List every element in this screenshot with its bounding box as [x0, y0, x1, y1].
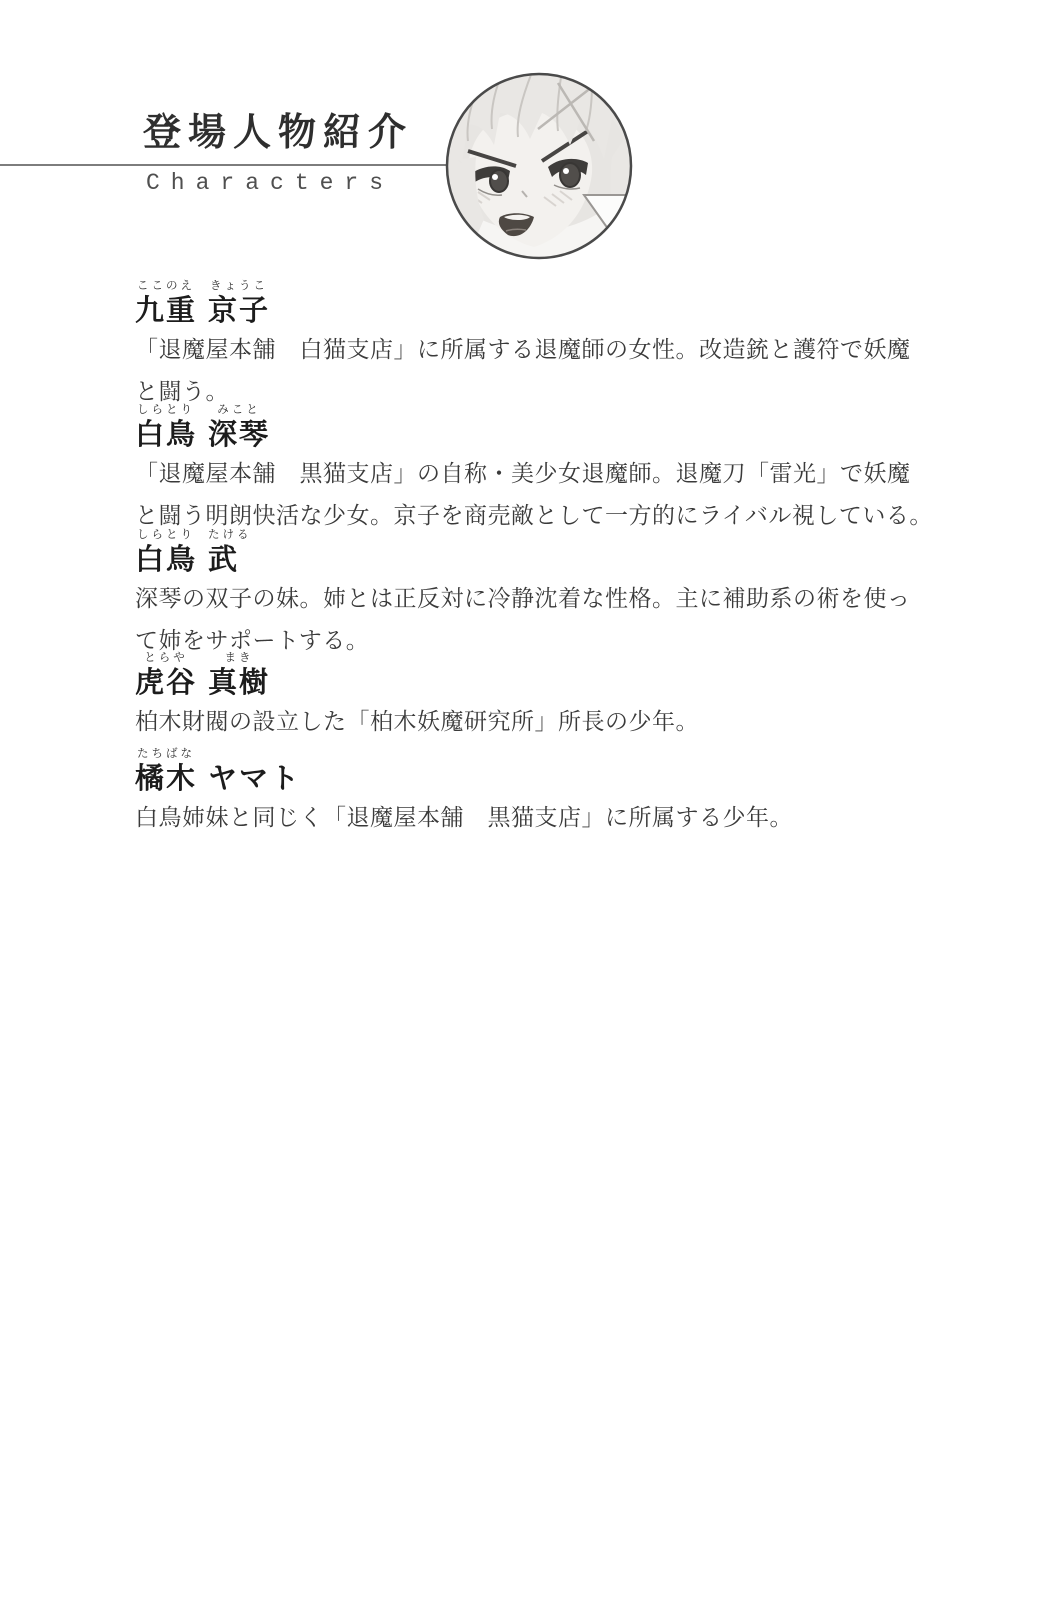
- name-base: 虎谷: [135, 666, 197, 700]
- character-portrait-image: [442, 69, 636, 263]
- name-base: 深琴: [208, 418, 270, 452]
- character-description: 柏木財閥の設立した「柏木妖魔研究所」所長の少年。: [135, 700, 1025, 742]
- furigana: しらとり: [135, 527, 197, 543]
- character-name: たちばな 橘木 ヤマト: [135, 746, 1025, 796]
- description-line: 白鳥姉妹と同じく「退魔屋本舗 黒猫支店」に所属する少年。: [135, 796, 1025, 838]
- name-base: 白鳥: [135, 543, 197, 577]
- character-description: 「退魔屋本舗 黒猫支店」の自称・美少女退魔師。退魔刀「雷光」で妖魔 と闘う明朗快…: [135, 452, 1025, 536]
- character-name: とらや 虎谷 まき 真樹: [135, 650, 1025, 700]
- page-title: 登場人物紹介: [143, 110, 413, 156]
- name-part: きょうこ 京子: [208, 278, 270, 328]
- description-line: 「退魔屋本舗 黒猫支店」の自称・美少女退魔師。退魔刀「雷光」で妖魔: [135, 452, 1025, 494]
- name-base: ヤマト: [208, 762, 301, 796]
- name-base: 白鳥: [135, 418, 197, 452]
- furigana: まき: [208, 650, 270, 666]
- character-entry: しらとり 白鳥 みこと 深琴 「退魔屋本舗 黒猫支店」の自称・美少女退魔師。退魔…: [135, 402, 1025, 536]
- name-base: 橘木: [135, 762, 197, 796]
- furigana: ここのえ: [135, 278, 197, 294]
- name-part: ヤマト: [208, 762, 301, 796]
- name-base: 京子: [208, 294, 270, 328]
- description-line: 深琴の双子の妹。姉とは正反対に冷静沈着な性格。主に補助系の術を使っ: [135, 577, 1025, 619]
- anime-face-illustration: [442, 69, 636, 263]
- name-part: しらとり 白鳥: [135, 402, 197, 452]
- name-part: ここのえ 九重: [135, 278, 197, 328]
- furigana: たける: [208, 527, 252, 543]
- character-description: 白鳥姉妹と同じく「退魔屋本舗 黒猫支店」に所属する少年。: [135, 796, 1025, 838]
- book-page: 登場人物紹介 Characters: [0, 0, 1050, 1600]
- name-part: とらや 虎谷: [135, 650, 197, 700]
- name-part: たける 武: [208, 527, 252, 577]
- furigana: しらとり: [135, 402, 197, 418]
- character-description: 「退魔屋本舗 白猫支店」に所属する退魔師の女性。改造銃と護符で妖魔 と闘う。: [135, 328, 1025, 412]
- name-base: 真樹: [208, 666, 270, 700]
- character-entry: とらや 虎谷 まき 真樹 柏木財閥の設立した「柏木妖魔研究所」所長の少年。: [135, 650, 1025, 742]
- character-entry: しらとり 白鳥 たける 武 深琴の双子の妹。姉とは正反対に冷静沈着な性格。主に補…: [135, 527, 1025, 661]
- character-name: しらとり 白鳥 たける 武: [135, 527, 1025, 577]
- furigana: みこと: [208, 402, 270, 418]
- character-entry: たちばな 橘木 ヤマト 白鳥姉妹と同じく「退魔屋本舗 黒猫支店」に所属する少年。: [135, 746, 1025, 838]
- character-entry: ここのえ 九重 きょうこ 京子 「退魔屋本舗 白猫支店」に所属する退魔師の女性。…: [135, 278, 1025, 412]
- furigana: きょうこ: [208, 278, 270, 294]
- description-line: 「退魔屋本舗 白猫支店」に所属する退魔師の女性。改造銃と護符で妖魔: [135, 328, 1025, 370]
- character-name: ここのえ 九重 きょうこ 京子: [135, 278, 1025, 328]
- page-subtitle: Characters: [146, 169, 394, 197]
- character-description: 深琴の双子の妹。姉とは正反対に冷静沈着な性格。主に補助系の術を使っ て姉をサポー…: [135, 577, 1025, 661]
- name-base: 九重: [135, 294, 197, 328]
- character-name: しらとり 白鳥 みこと 深琴: [135, 402, 1025, 452]
- name-part: まき 真樹: [208, 650, 270, 700]
- description-line: 柏木財閥の設立した「柏木妖魔研究所」所長の少年。: [135, 700, 1025, 742]
- header-divider-line: [0, 164, 450, 166]
- name-part: たちばな 橘木: [135, 746, 197, 796]
- name-part: みこと 深琴: [208, 402, 270, 452]
- furigana: たちばな: [135, 746, 197, 762]
- name-part: しらとり 白鳥: [135, 527, 197, 577]
- furigana: とらや: [135, 650, 197, 666]
- name-base: 武: [208, 543, 252, 577]
